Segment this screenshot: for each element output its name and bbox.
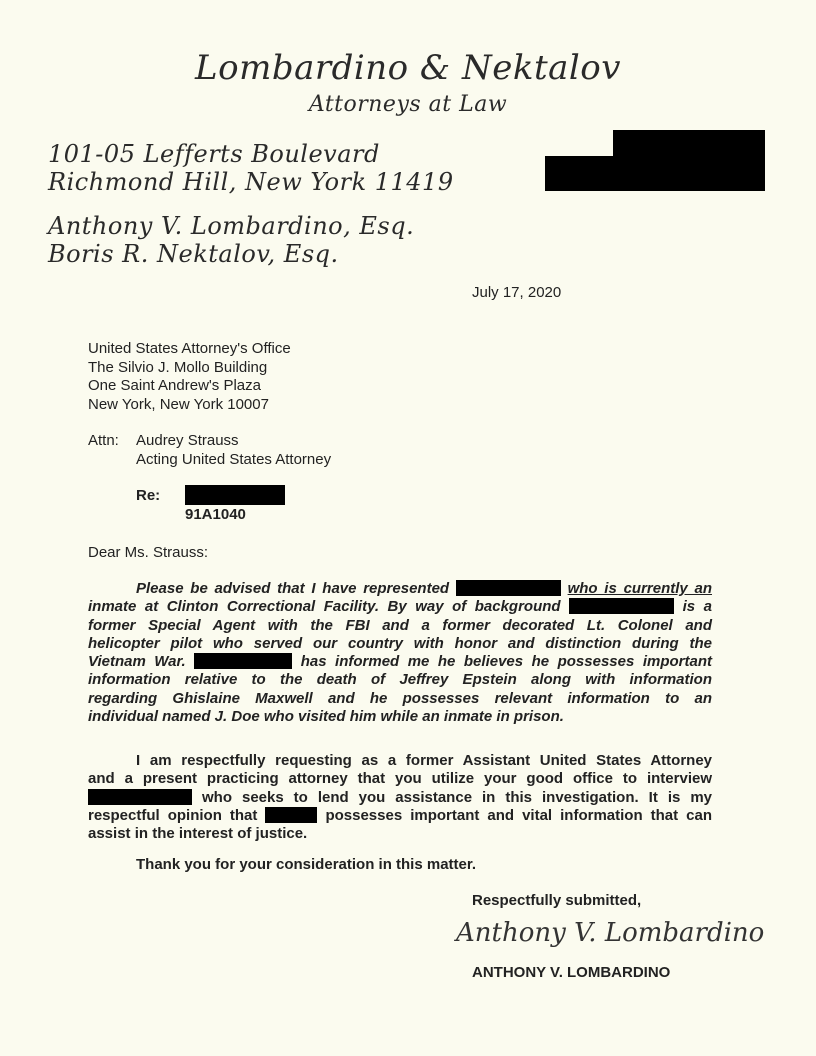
text-span: is a (683, 598, 712, 615)
paragraph-line: I am respectfully requesting as a former… (88, 752, 712, 770)
paragraph-1: Please be advised that I have represente… (88, 580, 712, 726)
reference-label: Re: (136, 487, 160, 504)
reference-number: 91A1040 (185, 506, 246, 523)
paragraph-line: and a present practicing attorney that y… (88, 770, 712, 788)
letter-date: July 17, 2020 (472, 284, 561, 301)
text-span: respectful opinion that (88, 807, 257, 824)
paragraph-line: Vietnam War. has informed me he believes… (88, 653, 712, 671)
attention-label: Attn: (88, 432, 119, 449)
paragraph-line: regarding Ghislaine Maxwell and he posse… (88, 690, 712, 708)
closing: Respectfully submitted, (472, 892, 641, 909)
attorney-name-1: Anthony V. Lombardino, Esq. (48, 212, 414, 240)
recipient-address: United States Attorney's Office The Silv… (88, 340, 291, 414)
paragraph-line: Please be advised that I have represente… (88, 580, 712, 598)
text-span: Please be advised that I have represente… (136, 580, 449, 597)
redaction-name (265, 807, 317, 823)
paragraph-line: former Special Agent with the FBI and a … (88, 617, 712, 635)
recipient-line: One Saint Andrew's Plaza (88, 377, 291, 396)
thanks-line: Thank you for your consideration in this… (136, 856, 476, 873)
text-span: inmate at Clinton Correctional Facility.… (88, 598, 561, 615)
paragraph-line: information relative to the death of Jef… (88, 671, 712, 689)
paragraph-line: individual named J. Doe who visited him … (88, 708, 712, 726)
attention-name: Audrey Strauss (136, 432, 331, 451)
attorney-name-2: Boris R. Nektalov, Esq. (48, 240, 339, 268)
redaction-name (88, 789, 192, 805)
paragraph-line: assist in the interest of justice. (88, 825, 712, 843)
firm-address-line2: Richmond Hill, New York 11419 (48, 168, 454, 196)
redaction-name (456, 580, 561, 596)
paragraph-line: helicopter pilot who served our country … (88, 635, 712, 653)
redaction-name (194, 653, 292, 669)
text-span: has informed me he believes he possesses… (301, 653, 712, 670)
redaction-header-bottom (545, 156, 765, 191)
firm-address-line1: 101-05 Lefferts Boulevard (48, 140, 380, 168)
paragraph-line: inmate at Clinton Correctional Facility.… (88, 598, 712, 616)
redaction-header-top (613, 130, 765, 157)
attention-title: Acting United States Attorney (136, 451, 331, 470)
firm-tagline: Attorneys at Law (0, 92, 816, 117)
redaction-name (569, 598, 674, 614)
paragraph-line: who seeks to lend you assistance in this… (88, 789, 712, 807)
redaction-reference (185, 485, 285, 505)
text-span: possesses important and vital informatio… (325, 807, 712, 824)
paragraph-2: I am respectfully requesting as a former… (88, 752, 712, 843)
attention-block: Audrey Strauss Acting United States Atto… (136, 432, 331, 469)
paragraph-line: respectful opinion that possesses import… (88, 807, 712, 825)
firm-name: Lombardino & Nektalov (0, 48, 816, 88)
text-span: who seeks to lend you assistance in this… (202, 789, 712, 806)
text-span: who is currently an (568, 580, 712, 597)
recipient-line: New York, New York 10007 (88, 396, 291, 415)
recipient-line: United States Attorney's Office (88, 340, 291, 359)
signer-name: ANTHONY V. LOMBARDINO (472, 964, 670, 981)
salutation: Dear Ms. Strauss: (88, 544, 208, 561)
text-span: Vietnam War. (88, 653, 186, 670)
recipient-line: The Silvio J. Mollo Building (88, 359, 291, 378)
handwritten-signature: Anthony V. Lombardino (456, 918, 764, 948)
